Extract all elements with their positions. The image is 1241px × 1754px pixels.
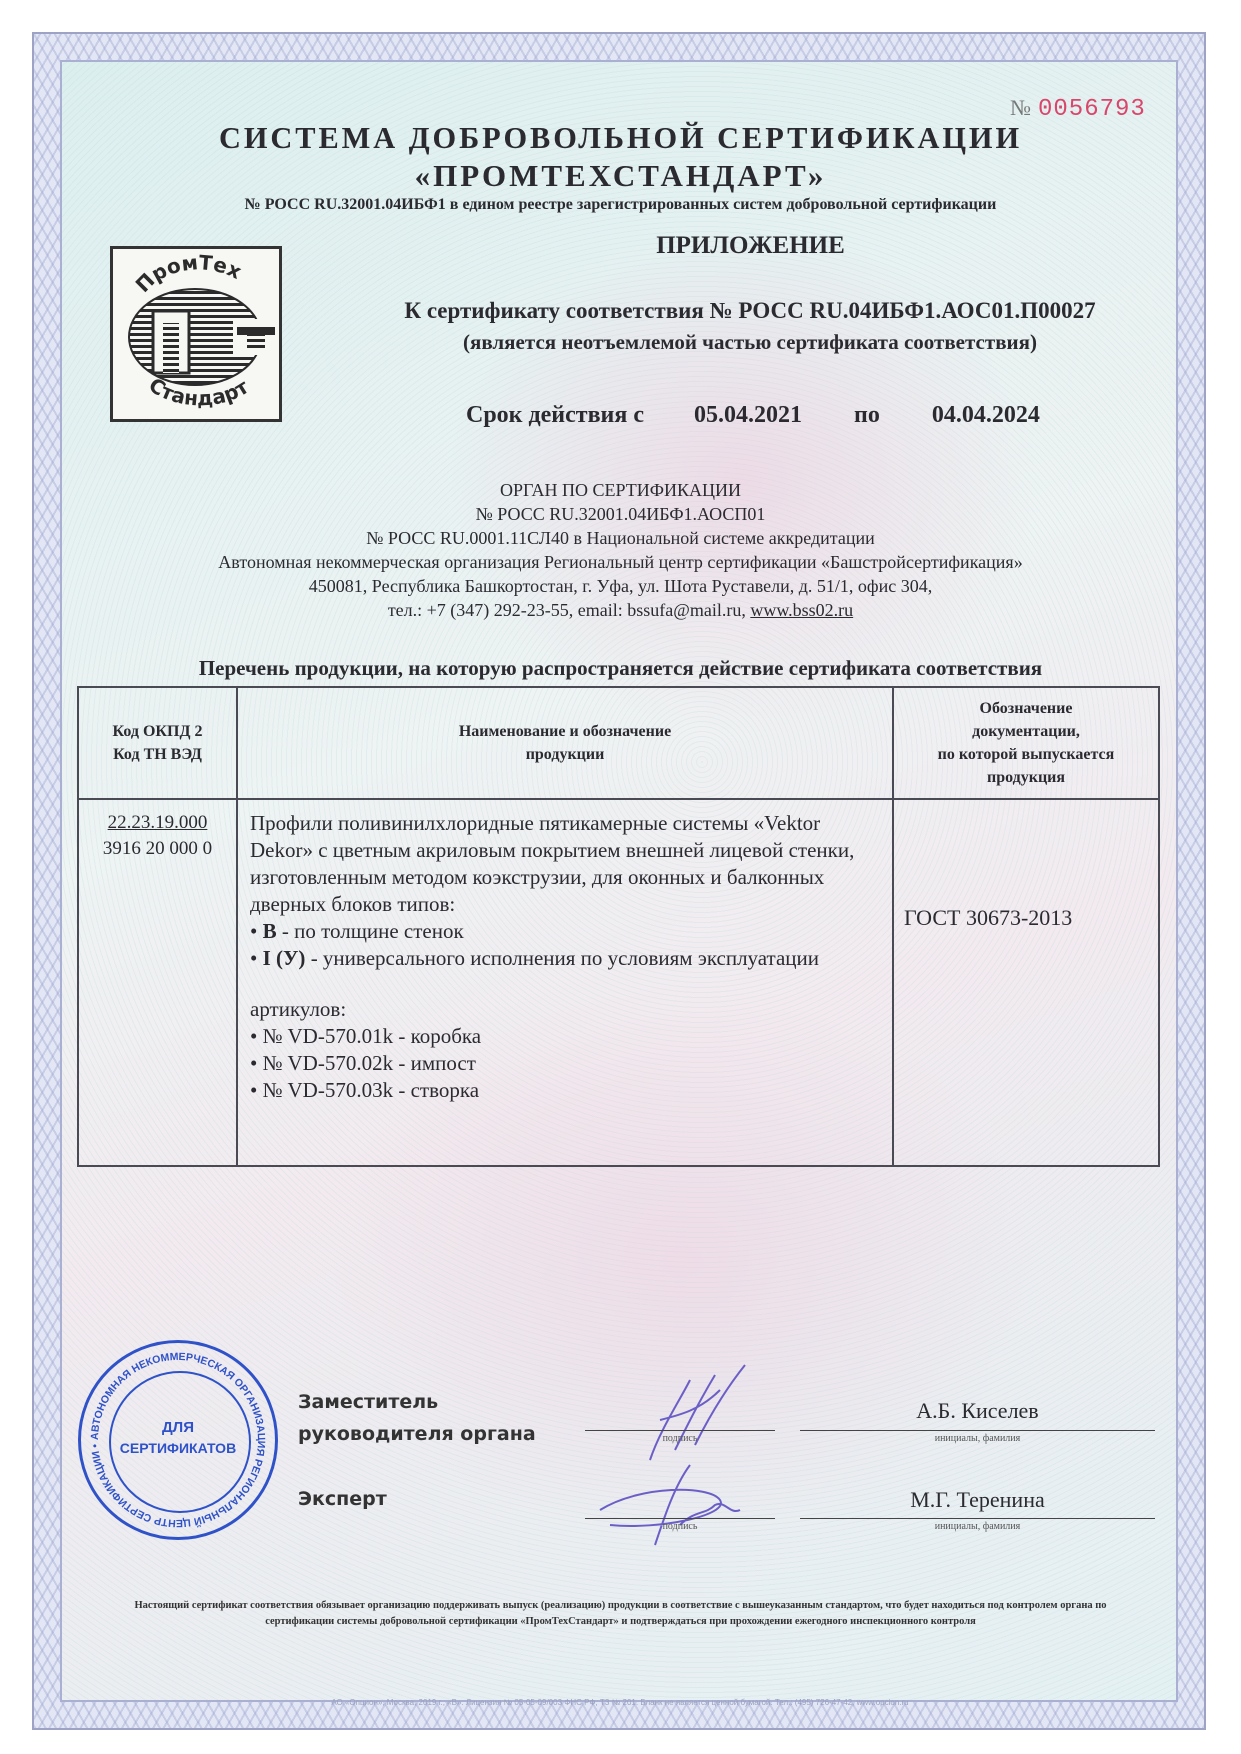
- product-description-cell: Профили поливинилхлоридные пятикамерные …: [237, 799, 893, 1166]
- column-header-product-name: Наименование и обозначение продукции: [237, 687, 893, 799]
- body-address: 450081, Республика Башкортостан, г. Уфа,…: [0, 574, 1241, 598]
- table-header-row: Код ОКПД 2 Код ТН ВЭД Наименование и обо…: [78, 687, 1159, 799]
- certificate-reference: К сертификату соответствия № РОСС RU.04И…: [300, 298, 1200, 324]
- signature-caption: подпись: [585, 1433, 775, 1444]
- system-title: СИСТЕМА ДОБРОВОЛЬНОЙ СЕРТИФИКАЦИИ: [12, 120, 1228, 156]
- articles-label: артикулов:: [250, 996, 880, 1023]
- validity-to-label: по: [854, 402, 880, 429]
- product-description: Профили поливинилхлоридные пятикамерные …: [250, 810, 880, 918]
- column-header-documentation: Обозначение документации, по которой вып…: [893, 687, 1159, 799]
- signer-role-expert: Эксперт: [298, 1488, 387, 1510]
- validity-to: 04.04.2024: [932, 402, 1040, 429]
- signer-role-deputy: Заместитель руководителя органа: [298, 1386, 536, 1450]
- signer-name-terenina: М.Г. Теренина: [800, 1487, 1155, 1513]
- official-stamp: АВТОНОМНАЯ НЕКОММЕРЧЕСКАЯ ОРГАНИЗАЦИЯ РЕ…: [78, 1340, 278, 1540]
- signature-caption: подпись: [585, 1521, 775, 1532]
- body-accreditation: № РОСС RU.0001.11СЛ40 в Национальной сис…: [0, 526, 1241, 550]
- signature-line: [585, 1430, 775, 1431]
- type-item: • В - по толщине стенок: [250, 918, 880, 945]
- products-table: Код ОКПД 2 Код ТН ВЭД Наименование и обо…: [77, 686, 1160, 1167]
- signature-kiselev: [620, 1360, 760, 1470]
- signature-line: [585, 1518, 775, 1519]
- product-codes-cell: 22.23.19.000 3916 20 000 0: [78, 799, 237, 1166]
- website-link[interactable]: www.bss02.ru: [750, 600, 853, 620]
- body-contacts: тел.: +7 (347) 292-23-55, email: bssufa@…: [0, 598, 1241, 622]
- serial-number: №0056793: [1010, 95, 1146, 123]
- body-number: № РОСС RU.32001.04ИБФ1.АОСП01: [0, 502, 1241, 526]
- body-heading: ОРГАН ПО СЕРТИФИКАЦИИ: [0, 478, 1241, 502]
- name-line: [800, 1518, 1155, 1519]
- system-name: «ПРОМТЕХСТАНДАРТ»: [0, 158, 1241, 194]
- body-organization: Автономная некоммерческая организация Ре…: [0, 550, 1241, 574]
- article-item: • № VD-570.01k - коробка: [250, 1023, 880, 1050]
- registry-line: № РОСС RU.32001.04ИБФ1 в едином реестре …: [0, 196, 1241, 214]
- column-header-codes: Код ОКПД 2 Код ТН ВЭД: [78, 687, 237, 799]
- table-row: 22.23.19.000 3916 20 000 0 Профили полив…: [78, 799, 1159, 1166]
- article-item: • № VD-570.03k - створка: [250, 1077, 880, 1104]
- name-caption: инициалы, фамилия: [800, 1433, 1155, 1444]
- validity-label: Срок действия с: [466, 402, 644, 429]
- stamp-center-line1: ДЛЯ: [81, 1419, 275, 1436]
- stamp-center-line2: СЕРТИФИКАТОВ: [81, 1440, 275, 1456]
- printer-imprint: АО «Опцион», Москва, 2019 г., «В». Лицен…: [270, 1698, 970, 1707]
- validity-period: Срок действия с 05.04.2021 по 04.04.2024: [466, 402, 1040, 429]
- documentation-cell: ГОСТ 30673-2013: [893, 799, 1159, 1166]
- name-line: [800, 1430, 1155, 1431]
- product-list-title: Перечень продукции, на которую распростр…: [0, 656, 1241, 681]
- name-caption: инициалы, фамилия: [800, 1521, 1155, 1532]
- article-item: • № VD-570.02k - импост: [250, 1050, 880, 1077]
- certification-body: ОРГАН ПО СЕРТИФИКАЦИИ № РОСС RU.32001.04…: [0, 478, 1241, 622]
- okpd2-code: 22.23.19.000: [85, 810, 230, 836]
- tn-ved-code: 3916 20 000 0: [85, 836, 230, 862]
- signer-name-kiselev: А.Б. Киселев: [800, 1398, 1155, 1424]
- footer-note: Настоящий сертификат соответствия обязыв…: [100, 1598, 1141, 1630]
- promtekhstandart-logo: ПромТех Стандарт: [110, 246, 282, 422]
- signature-terenina: [580, 1455, 760, 1555]
- certificate-note: (является неотъемлемой частью сертификат…: [300, 330, 1200, 355]
- documentation-standard: ГОСТ 30673-2013: [904, 905, 1148, 931]
- type-item: • I (У) - универсального исполнения по у…: [250, 945, 880, 972]
- validity-from: 05.04.2021: [694, 402, 802, 429]
